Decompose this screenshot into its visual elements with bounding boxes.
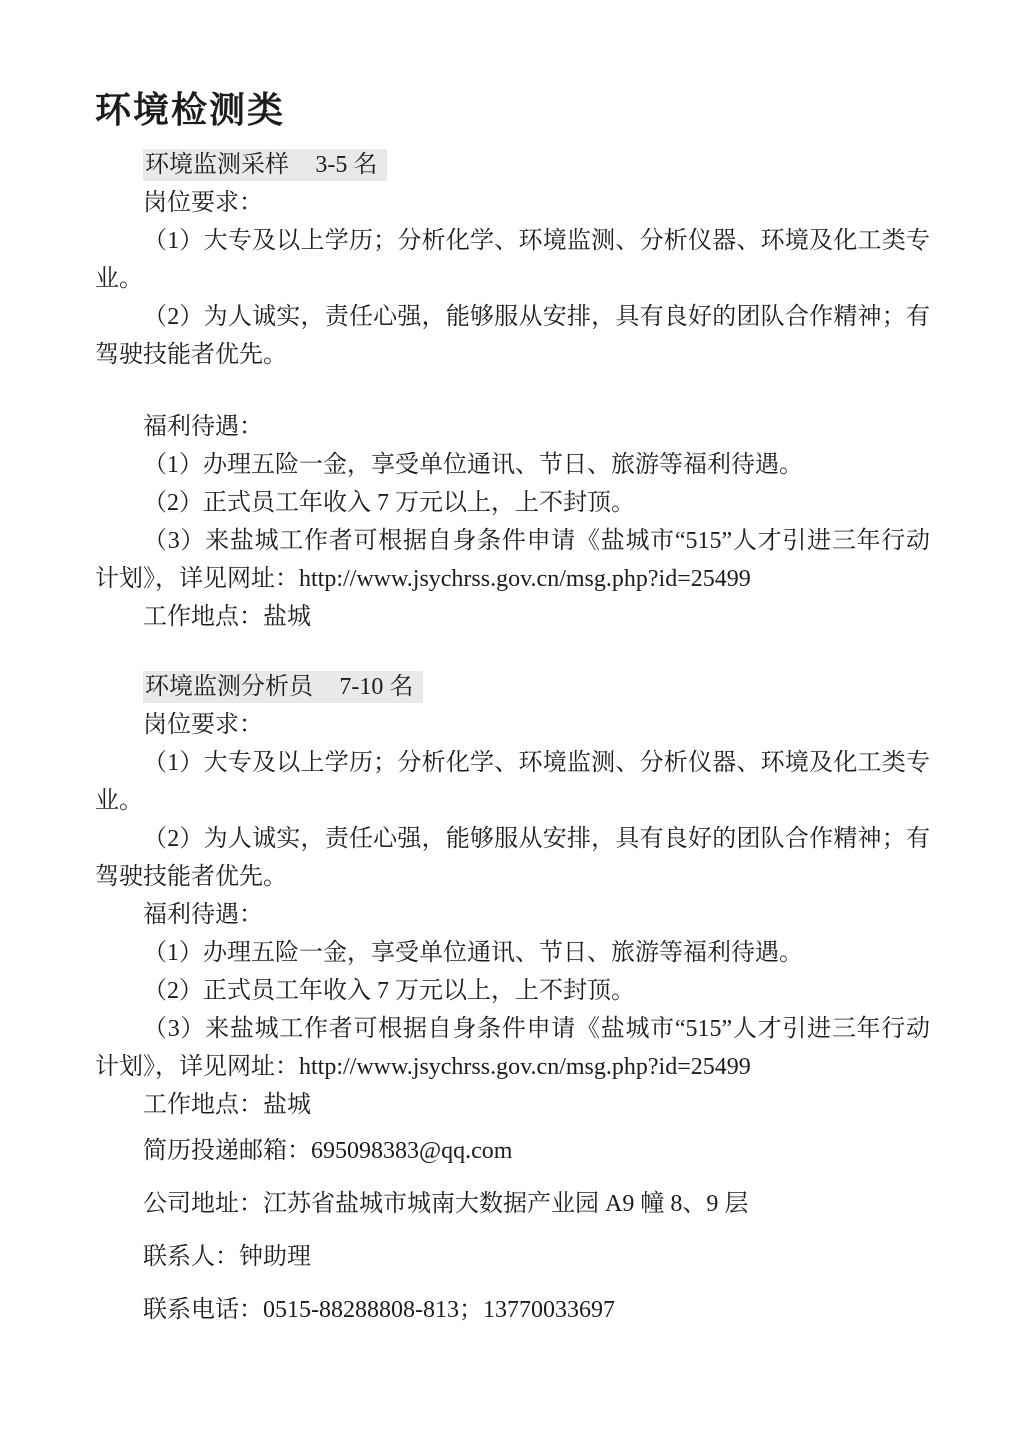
contact-section: 简历投递邮箱：695098383@qq.com 公司地址：江苏省盐城市城南大数据… <box>95 1132 930 1329</box>
contact-email: 简历投递邮箱：695098383@qq.com <box>95 1132 930 1170</box>
requirement-item: （1）大专及以上学历；分析化学、环境监测、分析仪器、环境及化工类专业。 <box>95 222 930 298</box>
contact-person: 联系人：钟助理 <box>95 1238 930 1276</box>
contact-address: 公司地址：江苏省盐城市城南大数据产业园 A9 幢 8、9 层 <box>95 1185 930 1223</box>
page-title: 环境检测类 <box>95 88 930 132</box>
job-title-highlight: 环境监测采样3-5 名 <box>143 149 387 181</box>
job-title-line: 环境监测采样3-5 名 <box>95 146 930 184</box>
work-location: 工作地点：盐城 <box>95 598 930 636</box>
job-title: 环境监测分析员 <box>145 674 313 700</box>
requirements-heading: 岗位要求： <box>95 706 930 744</box>
benefit-item: （3）来盐城工作者可根据自身条件申请《盐城市“515”人才引进三年行动计划》，详… <box>95 1010 930 1086</box>
requirement-item: （1）大专及以上学历；分析化学、环境监测、分析仪器、环境及化工类专业。 <box>95 744 930 820</box>
job-title-highlight: 环境监测分析员7-10 名 <box>143 671 423 703</box>
job-section: 环境监测分析员7-10 名 岗位要求： （1）大专及以上学历；分析化学、环境监测… <box>95 668 930 1124</box>
contact-phone: 联系电话：0515-88288808-813；13770033697 <box>95 1291 930 1329</box>
job-title: 环境监测采样 <box>145 152 289 178</box>
benefit-item: （3）来盐城工作者可根据自身条件申请《盐城市“515”人才引进三年行动计划》，详… <box>95 522 930 598</box>
work-location: 工作地点：盐城 <box>95 1086 930 1124</box>
requirement-item: （2）为人诚实，责任心强，能够服从安排，具有良好的团队合作精神；有驾驶技能者优先… <box>95 820 930 896</box>
job-section: 环境监测采样3-5 名 岗位要求： （1）大专及以上学历；分析化学、环境监测、分… <box>95 146 930 636</box>
requirement-item: （2）为人诚实，责任心强，能够服从安排，具有良好的团队合作精神；有驾驶技能者优先… <box>95 298 930 374</box>
requirements-heading: 岗位要求： <box>95 184 930 222</box>
benefit-item: （2）正式员工年收入 7 万元以上，上不封顶。 <box>95 484 930 522</box>
job-headcount: 3-5 名 <box>315 152 377 178</box>
document-page: 环境检测类 环境监测采样3-5 名 岗位要求： （1）大专及以上学历；分析化学、… <box>0 0 1024 1447</box>
benefits-heading: 福利待遇： <box>95 896 930 934</box>
benefit-item: （1）办理五险一金，享受单位通讯、节日、旅游等福利待遇。 <box>95 934 930 972</box>
job-headcount: 7-10 名 <box>339 674 413 700</box>
benefit-item: （1）办理五险一金，享受单位通讯、节日、旅游等福利待遇。 <box>95 446 930 484</box>
job-title-line: 环境监测分析员7-10 名 <box>95 668 930 706</box>
benefits-heading: 福利待遇： <box>95 408 930 446</box>
benefit-item: （2）正式员工年收入 7 万元以上，上不封顶。 <box>95 972 930 1010</box>
